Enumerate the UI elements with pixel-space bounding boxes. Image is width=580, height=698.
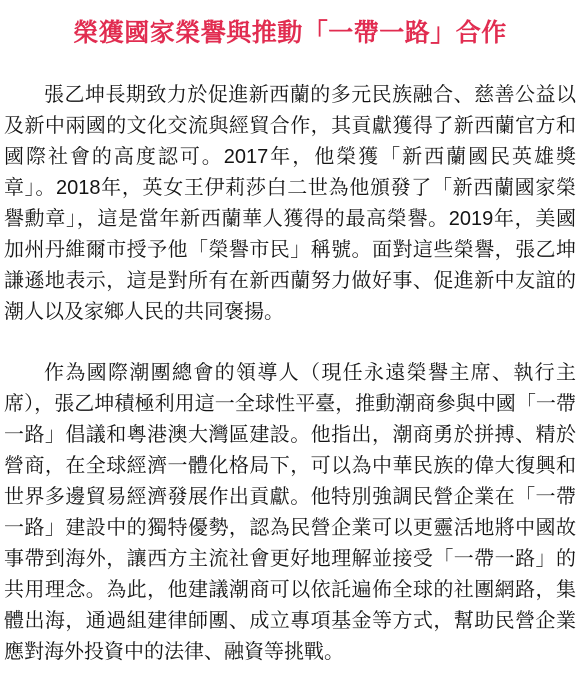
- article-paragraph-honors: 張乙坤長期致力於促進新西蘭的多元民族融合、慈善公益以及新中兩國的文化交流與經貿合…: [4, 80, 576, 328]
- article-title: 榮獲國家榮譽與推動「一帶一路」合作: [4, 16, 576, 50]
- article-paragraph-belt-and-road: 作為國際潮團總會的領導人（現任永遠榮譽主席、執行主席），張乙坤積極利用這一全球性…: [4, 358, 576, 668]
- article-page: 榮獲國家榮譽與推動「一帶一路」合作 張乙坤長期致力於促進新西蘭的多元民族融合、慈…: [0, 0, 580, 696]
